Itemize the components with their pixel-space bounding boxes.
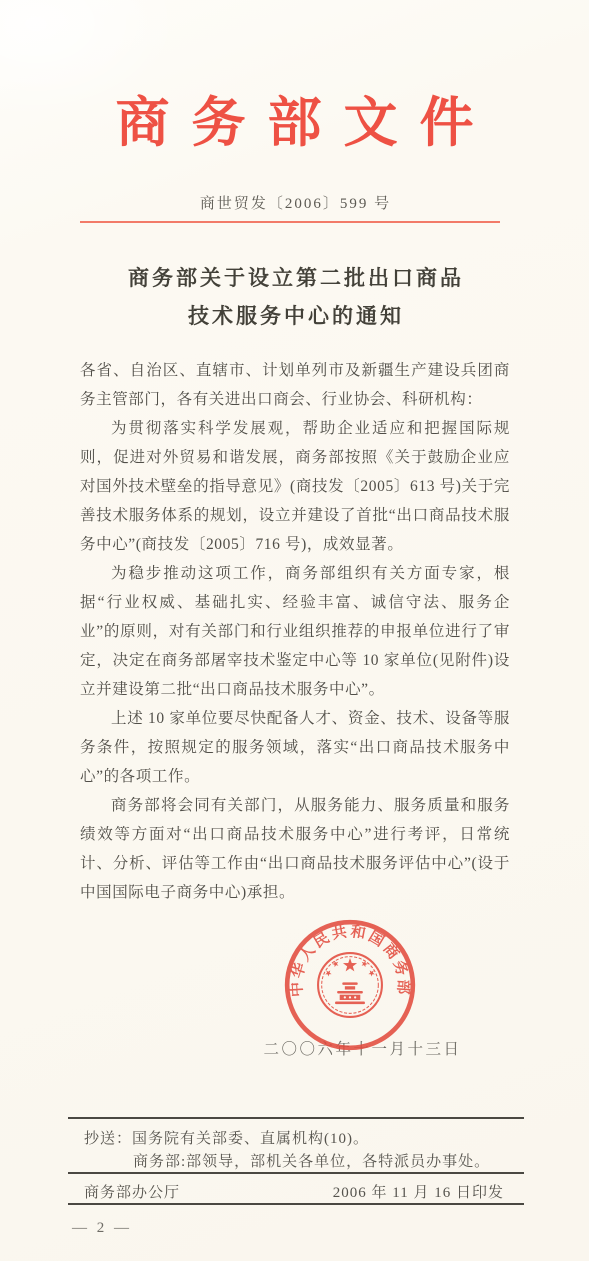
issue-row: 商务部办公厅 2006 年 11 月 16 日印发 <box>84 1181 504 1202</box>
cc-line: 抄送：国务院有关部委、直属机构(10)。 <box>84 1127 524 1148</box>
body-paragraph: 为贯彻落实科学发展观，帮助企业适应和把握国际规则，促进对外贸易和谐发展，商务部按… <box>80 414 510 559</box>
body-paragraph: 上述 10 家单位要尽快配备人才、资金、技术、设备等服务条件，按照规定的服务领域… <box>80 704 510 791</box>
body-paragraph: 商务部将会同有关部门，从服务能力、服务质量和服务绩效等方面对“出口商品技术服务中… <box>80 791 510 907</box>
footer-divider-bottom <box>68 1203 524 1205</box>
print-date: 2006 年 11 月 16 日印发 <box>333 1181 504 1202</box>
notice-subject-line2: 技术服务中心的通知 <box>0 297 589 335</box>
cc-recipients-1: 国务院有关部委、直属机构(10)。 <box>132 1131 369 1147</box>
seal-outer-ring <box>287 922 413 1048</box>
footer-divider-middle <box>68 1172 524 1174</box>
cc-recipients-2: 商务部:部领导，部机关各单位，各特派员办事处。 <box>133 1150 533 1171</box>
national-emblem-icon <box>318 953 382 1017</box>
cc-label: 抄送： <box>84 1131 132 1147</box>
letterhead-divider-rule <box>80 221 500 223</box>
page-number: — 2 — <box>72 1220 132 1237</box>
scanned-document-page: 商务部文件 商世贸发〔2006〕599 号 商务部关于设立第二批出口商品 技术服… <box>0 0 589 1261</box>
document-letterhead-title: 商务部文件 <box>0 80 589 157</box>
issuing-office: 商务部办公厅 <box>84 1181 180 1202</box>
body-paragraph: 为稳步推动这项工作，商务部组织有关方面专家，根据“行业权威、基础扎实、经验丰富、… <box>80 559 510 704</box>
notice-body: 各省、自治区、直辖市、计划单列市及新疆生产建设兵团商务主管部门，各有关进出口商会… <box>80 356 510 907</box>
addressee-paragraph: 各省、自治区、直辖市、计划单列市及新疆生产建设兵团商务主管部门，各有关进出口商会… <box>80 356 510 414</box>
ministry-seal: 中华人民共和国商务部 <box>282 917 418 1053</box>
document-reference-number: 商世贸发〔2006〕599 号 <box>0 192 589 213</box>
notice-subject-title: 商务部关于设立第二批出口商品 技术服务中心的通知 <box>0 259 589 335</box>
footer-divider-top <box>68 1117 524 1119</box>
notice-subject-line1: 商务部关于设立第二批出口商品 <box>0 259 589 297</box>
